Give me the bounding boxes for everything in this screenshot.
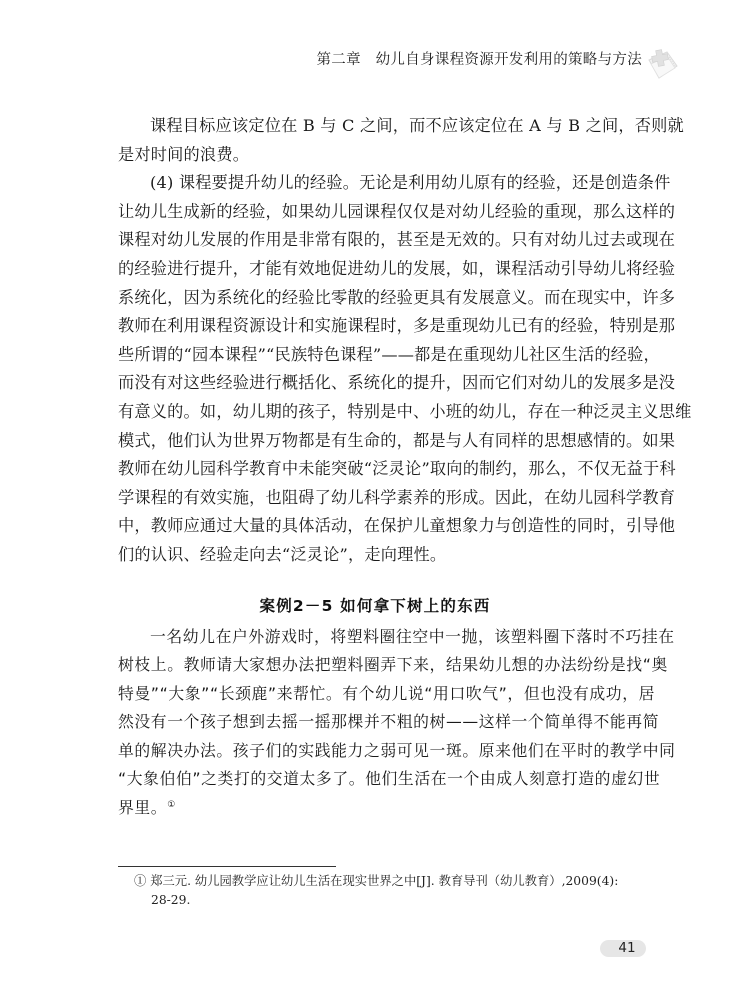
text-line: 学课程的有效实施，也阻碍了幼儿科学素养的形成。因此，在幼儿园科学教育 [118, 484, 632, 513]
text-line: 特曼”“大象”“长颈鹿”来帮忙。有个幼儿说“用口吹气”，但也没有成功，居 [118, 680, 632, 709]
text-line: 些所谓的“园本课程”“民族特色课程”——都是在重现幼儿社区生活的经验， [118, 341, 632, 370]
case-heading: 案例2－5 如何拿下树上的东西 [118, 591, 632, 621]
running-header-chapter-title: 第二章 幼儿自身课程资源开发利用的策略与方法 [316, 48, 642, 69]
text-line: 单的解决办法。孩子们的实践能力之弱可见一斑。原来他们在平时的教学中同 [118, 737, 632, 766]
text-line: 一名幼儿在户外游戏时，将塑料圈往空中一抛，该塑料圈下落时不巧挂在 [118, 623, 632, 652]
text-line: 教师在利用课程资源设计和实施课程时，多是重现幼儿已有的经验，特别是那 [118, 312, 632, 341]
footnote-line: 28-29. [134, 891, 634, 910]
footnote-divider [118, 866, 336, 867]
text-line: 课程目标应该定位在 B 与 C 之间，而不应该定位在 A 与 B 之间，否则就 [118, 112, 632, 141]
notebook-icon [643, 44, 681, 84]
text-line: 然没有一个孩子想到去摇一摇那棵并不粗的树——这样一个简单得不能再简 [118, 708, 632, 737]
text-line: 界里。 [118, 798, 167, 817]
text-line: 系统化，因为系统化的经验比零散的经验更具有发展意义。而在现实中，许多 [118, 284, 632, 313]
text-line-with-note: 界里。① [118, 794, 632, 823]
text-line: 的经验进行提升，才能有效地促进幼儿的发展，如，课程活动引导幼儿将经验 [118, 255, 632, 284]
text-line: 中，教师应通过大量的具体活动，在保护儿童想象力与创造性的同时，引导他 [118, 512, 632, 541]
text-line: 模式，他们认为世界万物都是有生命的，都是与人有同样的思想感情的。如果 [118, 427, 632, 456]
text-line: “大象伯伯”之类打的交道太多了。他们生活在一个由成人刻意打造的虚幻世 [118, 765, 632, 794]
text-line: 教师在幼儿园科学教育中未能突破“泛灵论”取向的制约，那么，不仅无益于科 [118, 455, 632, 484]
footnote-line: ① 郑三元. 幼儿园教学应让幼儿生活在现实世界之中[J]. 教育导刊（幼儿教育）… [134, 872, 634, 891]
text-line: 课程对幼儿发展的作用是非常有限的，甚至是无效的。只有对幼儿过去或现在 [118, 226, 632, 255]
text-line: 是对时间的浪费。 [118, 141, 632, 170]
paragraph-1: 课程目标应该定位在 B 与 C 之间，而不应该定位在 A 与 B 之间，否则就 … [118, 112, 632, 169]
text-line: 让幼儿生成新的经验，如果幼儿园课程仅仅是对幼儿经验的重现，那么这样的 [118, 198, 632, 227]
page-number: 41 [612, 939, 642, 958]
main-text: 课程目标应该定位在 B 与 C 之间，而不应该定位在 A 与 B 之间，否则就 … [118, 112, 632, 823]
text-line: (4) 课程要提升幼儿的经验。无论是利用幼儿原有的经验，还是创造条件 [118, 169, 632, 198]
text-line: 树枝上。教师请大家想办法把塑料圈弄下来，结果幼儿想的办法纷纷是找“奥 [118, 651, 632, 680]
text-line: 而没有对这些经验进行概括化、系统化的提升，因而它们对幼儿的发展多是没 [118, 369, 632, 398]
text-line: 有意义的。如，幼儿期的孩子，特别是中、小班的幼儿，存在一种泛灵主义思维 [118, 398, 632, 427]
footnote-reference-link[interactable]: ① [167, 800, 176, 810]
case-text: 一名幼儿在户外游戏时，将塑料圈往空中一抛，该塑料圈下落时不巧挂在 树枝上。教师请… [118, 623, 632, 823]
text-line: 们的认识、经验走向去“泛灵论”，走向理性。 [118, 541, 632, 570]
paragraph-2: (4) 课程要提升幼儿的经验。无论是利用幼儿原有的经验，还是创造条件 让幼儿生成… [118, 169, 632, 569]
footnote: ① 郑三元. 幼儿园教学应让幼儿生活在现实世界之中[J]. 教育导刊（幼儿教育）… [134, 872, 634, 910]
